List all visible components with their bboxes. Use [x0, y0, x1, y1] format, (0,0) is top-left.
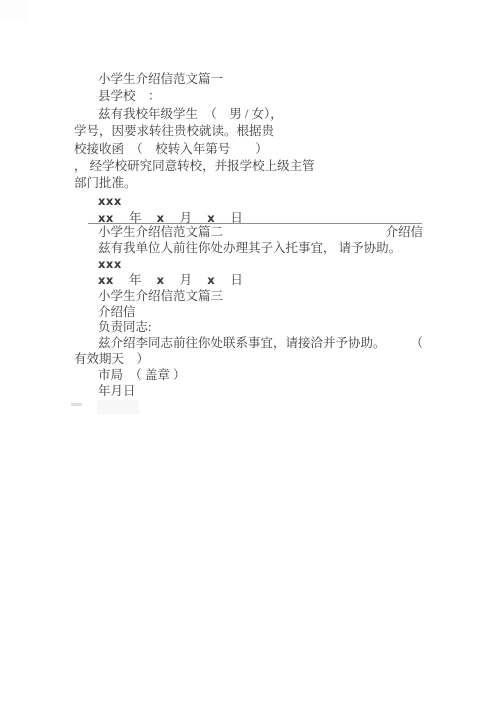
- letter-line: 兹介绍李同志前往你处联系事宜，请接洽并予协助。（: [74, 336, 423, 352]
- text-run: 小学生介绍信范文篇一: [98, 72, 223, 86]
- text-run: 学号，因要求转往贵校就读。根据贵: [74, 124, 274, 138]
- placeholder-x: xxx: [98, 257, 122, 271]
- letter-text: 负责同志:: [98, 320, 151, 334]
- letter-line: 有效期天 ）: [74, 352, 423, 368]
- text-run: 部门批准。: [74, 176, 137, 190]
- letter-line: 负责同志:: [74, 320, 423, 336]
- letter-text: 小学生介绍信范文篇一: [98, 72, 223, 86]
- letter-line: 县学校 ：: [74, 88, 423, 105]
- text-run: 有效期天 ）: [74, 352, 149, 366]
- letter-text: 有效期天 ）: [74, 352, 149, 366]
- letter-text: 县学校 ：: [98, 89, 161, 103]
- text-run: 校接收函 （ 校转入年第号 ）: [74, 142, 268, 156]
- letter-text: 部门批准。: [74, 176, 137, 190]
- text-run: 小学生介绍信范文篇三: [98, 289, 223, 303]
- letter-line: 市局 （ 盖章 ）: [74, 368, 423, 384]
- text-run: 介绍信: [98, 305, 136, 319]
- placeholder-x: xx: [98, 273, 114, 287]
- letter-line: xxx: [74, 257, 423, 273]
- letter-line: 兹有我单位人前往你处办理其子入托事宜， 请予协助。: [74, 241, 423, 257]
- letter-line: 年月日: [74, 384, 423, 400]
- letter-line: 部门批准。: [74, 175, 423, 192]
- text-run: 年月日: [98, 384, 136, 398]
- text-run: 负责同志:: [98, 320, 151, 334]
- document-page: 小学生介绍信范文篇一县学校 ：兹有我校年级学生 （ 男 / 女），学号，因要求转…: [0, 0, 500, 708]
- letter-text: ， 经学校研究同意转校，并报学校上级主管: [74, 159, 315, 173]
- letter-text-right: （: [410, 336, 423, 352]
- scan-artifact-smudge: [97, 400, 139, 414]
- letter-line: 校接收函 （ 校转入年第号 ）: [74, 141, 423, 158]
- letter-line: 小学生介绍信范文篇一: [74, 71, 423, 88]
- text-run: 市局 （ 盖章 ）: [98, 368, 186, 382]
- letter-text: 市局 （ 盖章 ）: [98, 368, 186, 382]
- letter-line: ， 经学校研究同意转校，并报学校上级主管: [74, 158, 423, 175]
- text-run: 县学校 ：: [98, 89, 161, 103]
- letter-text: 兹介绍李同志前往你处联系事宜，请接洽并予协助。: [98, 336, 386, 352]
- letter-text: 兹有我校年级学生 （ 男 / 女），: [98, 107, 283, 121]
- letter-section-1: 小学生介绍信范文篇一县学校 ：兹有我校年级学生 （ 男 / 女），学号，因要求转…: [74, 71, 423, 228]
- placeholder-x: x: [157, 273, 165, 287]
- separator-rule: [88, 223, 422, 224]
- text-run: 兹有我单位人前往你处办理其子入托事宜， 请予协助。: [98, 241, 401, 255]
- letter-text: xxx: [98, 257, 122, 271]
- placeholder-x: xxx: [98, 194, 122, 208]
- letter-text: 校接收函 （ 校转入年第号 ）: [74, 142, 268, 156]
- text-run: ， 经学校研究同意转校，并报学校上级主管: [74, 159, 315, 173]
- letter-text: xx 年 x 月 x 日: [98, 273, 243, 287]
- scan-artifact-dash: [71, 403, 82, 406]
- letter-line: 小学生介绍信范文篇二介绍信: [74, 225, 423, 241]
- letter-line: xxx: [74, 193, 423, 210]
- letter-text: 介绍信: [98, 305, 136, 319]
- letter-text: 学号，因要求转往贵校就读。根据贵: [74, 124, 274, 138]
- letter-line: 学号，因要求转往贵校就读。根据贵: [74, 123, 423, 140]
- letter-text: 小学生介绍信范文篇三: [98, 289, 223, 303]
- text-run: 日: [215, 273, 243, 287]
- letter-text: 兹有我单位人前往你处办理其子入托事宜， 请予协助。: [98, 241, 401, 255]
- scan-artifact-top-left: [0, 0, 27, 22]
- text-run: 年: [114, 273, 157, 287]
- letter-line: 介绍信: [74, 305, 423, 321]
- letter-text: 年月日: [98, 384, 136, 398]
- text-run: 兹有我校年级学生 （ 男 / 女），: [98, 107, 283, 121]
- letter-line: xx 年 x 月 x 日: [74, 273, 423, 289]
- letter-section-2: 小学生介绍信范文篇二介绍信兹有我单位人前往你处办理其子入托事宜， 请予协助。xx…: [74, 225, 423, 400]
- letter-text-right: 介绍信: [385, 225, 423, 241]
- letter-text: xxx: [98, 194, 122, 208]
- scan-artifact-trace: [100, 400, 138, 402]
- letter-line: 兹有我校年级学生 （ 男 / 女），: [74, 106, 423, 123]
- text-run: 小学生介绍信范文篇二: [98, 225, 223, 239]
- letter-line: 小学生介绍信范文篇三: [74, 289, 423, 305]
- text-run: 兹介绍李同志前往你处联系事宜，请接洽并予协助。: [98, 336, 386, 350]
- text-run: 月: [165, 273, 208, 287]
- letter-text: 小学生介绍信范文篇二: [98, 225, 223, 241]
